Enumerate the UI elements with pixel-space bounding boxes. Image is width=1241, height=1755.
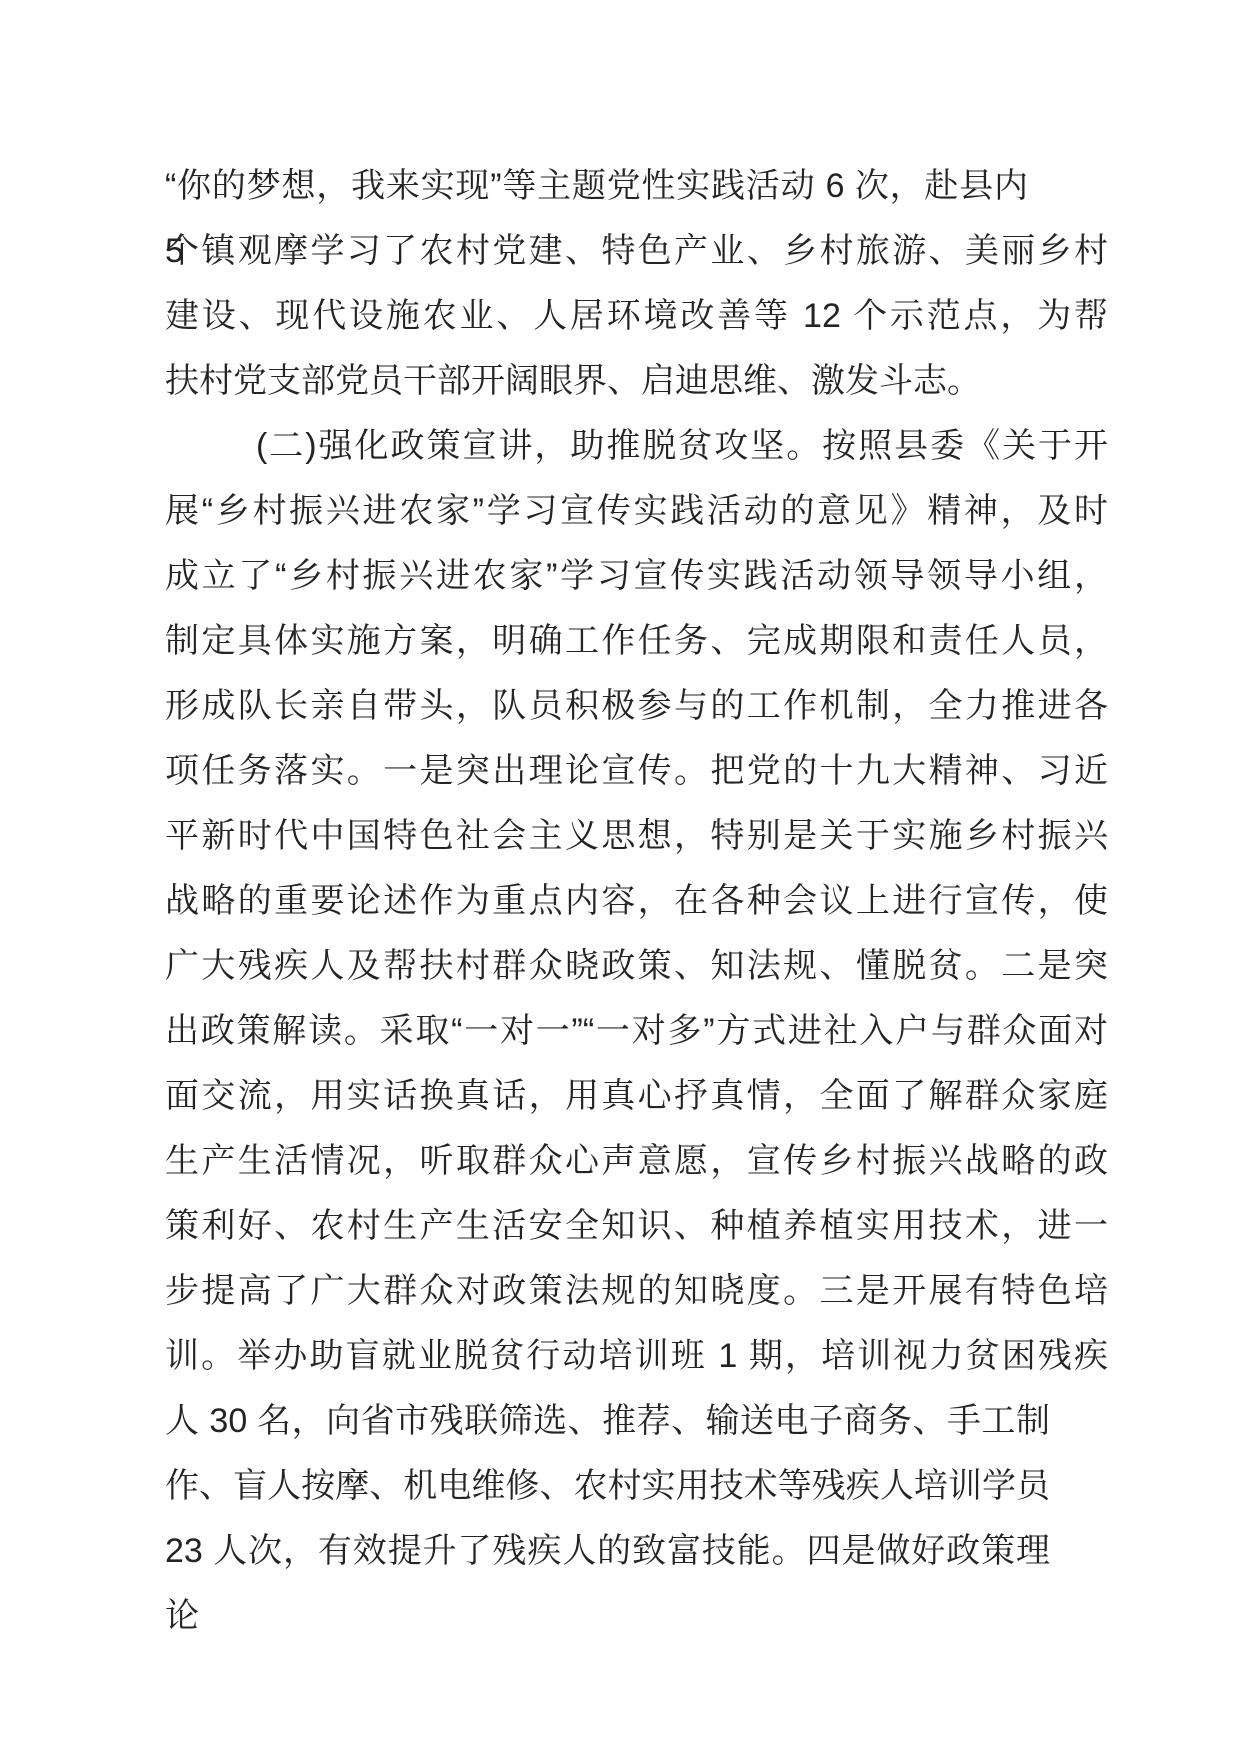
- text-line-12: 战略的重要论述作为重点内容，在各种会议上进行宣传，使: [165, 869, 1108, 934]
- text-line-3: 建设、现代设施农业、人居环境改善等 12 个示范点，为帮: [165, 284, 1108, 349]
- text-line-17: 策利好、农村生产生活安全知识、种植养植实用技术，进一: [165, 1194, 1108, 1259]
- text-line-15: 面交流，用实话换真话，用真心抒真情，全面了解群众家庭: [165, 1064, 1108, 1129]
- text-line-22: 23 人次，有效提升了残疾人的致富技能。四是做好政策理论: [165, 1519, 1108, 1584]
- text-line-7: 成立了“乡村振兴进农家”学习宣传实践活动领导领导小组，: [165, 544, 1108, 609]
- text-line-16: 生产生活情况，听取群众心声意愿，宣传乡村振兴战略的政: [165, 1129, 1108, 1194]
- text-line-9: 形成队长亲自带头，队员积极参与的工作机制，全力推进各: [165, 674, 1108, 739]
- text-line-6: 展“乡村振兴进农家”学习宣传实践活动的意见》精神，及时: [165, 479, 1108, 544]
- text-line-4: 扶村党支部党员干部开阔眼界、启迪思维、激发斗志。: [165, 349, 1108, 414]
- document-page: “你的梦想，我来实现”等主题党性实践活动 6 次，赴县内 5 个镇观摩学习了农村…: [0, 0, 1241, 1755]
- text-line-8: 制定具体实施方案，明确工作任务、完成期限和责任人员，: [165, 609, 1108, 674]
- text-line-13: 广大残疾人及帮扶村群众晓政策、知法规、懂脱贫。二是突: [165, 934, 1108, 999]
- text-line-20: 人 30 名，向省市残联筛选、推荐、输送电子商务、手工制: [165, 1389, 1108, 1454]
- text-line-18: 步提高了广大群众对政策法规的知晓度。三是开展有特色培: [165, 1259, 1108, 1324]
- text-line-14: 出政策解读。采取“一对一”“一对多”方式进社入户与群众面对: [165, 999, 1108, 1064]
- document-text-block: “你的梦想，我来实现”等主题党性实践活动 6 次，赴县内 5 个镇观摩学习了农村…: [165, 154, 1108, 1584]
- text-line-5-paragraph-start: (二)强化政策宣讲，助推脱贫攻坚。按照县委《关于开: [165, 414, 1108, 479]
- text-line-19: 训。举办助盲就业脱贫行动培训班 1 期，培训视力贫困残疾: [165, 1324, 1108, 1389]
- text-line-2: 个镇观摩学习了农村党建、特色产业、乡村旅游、美丽乡村: [165, 219, 1108, 284]
- text-line-10: 项任务落实。一是突出理论宣传。把党的十九大精神、习近: [165, 739, 1108, 804]
- text-line-11: 平新时代中国特色社会主义思想，特别是关于实施乡村振兴: [165, 804, 1108, 869]
- text-line-1: “你的梦想，我来实现”等主题党性实践活动 6 次，赴县内 5: [165, 154, 1108, 219]
- text-line-21: 作、盲人按摩、机电维修、农村实用技术等残疾人培训学员: [165, 1454, 1108, 1519]
